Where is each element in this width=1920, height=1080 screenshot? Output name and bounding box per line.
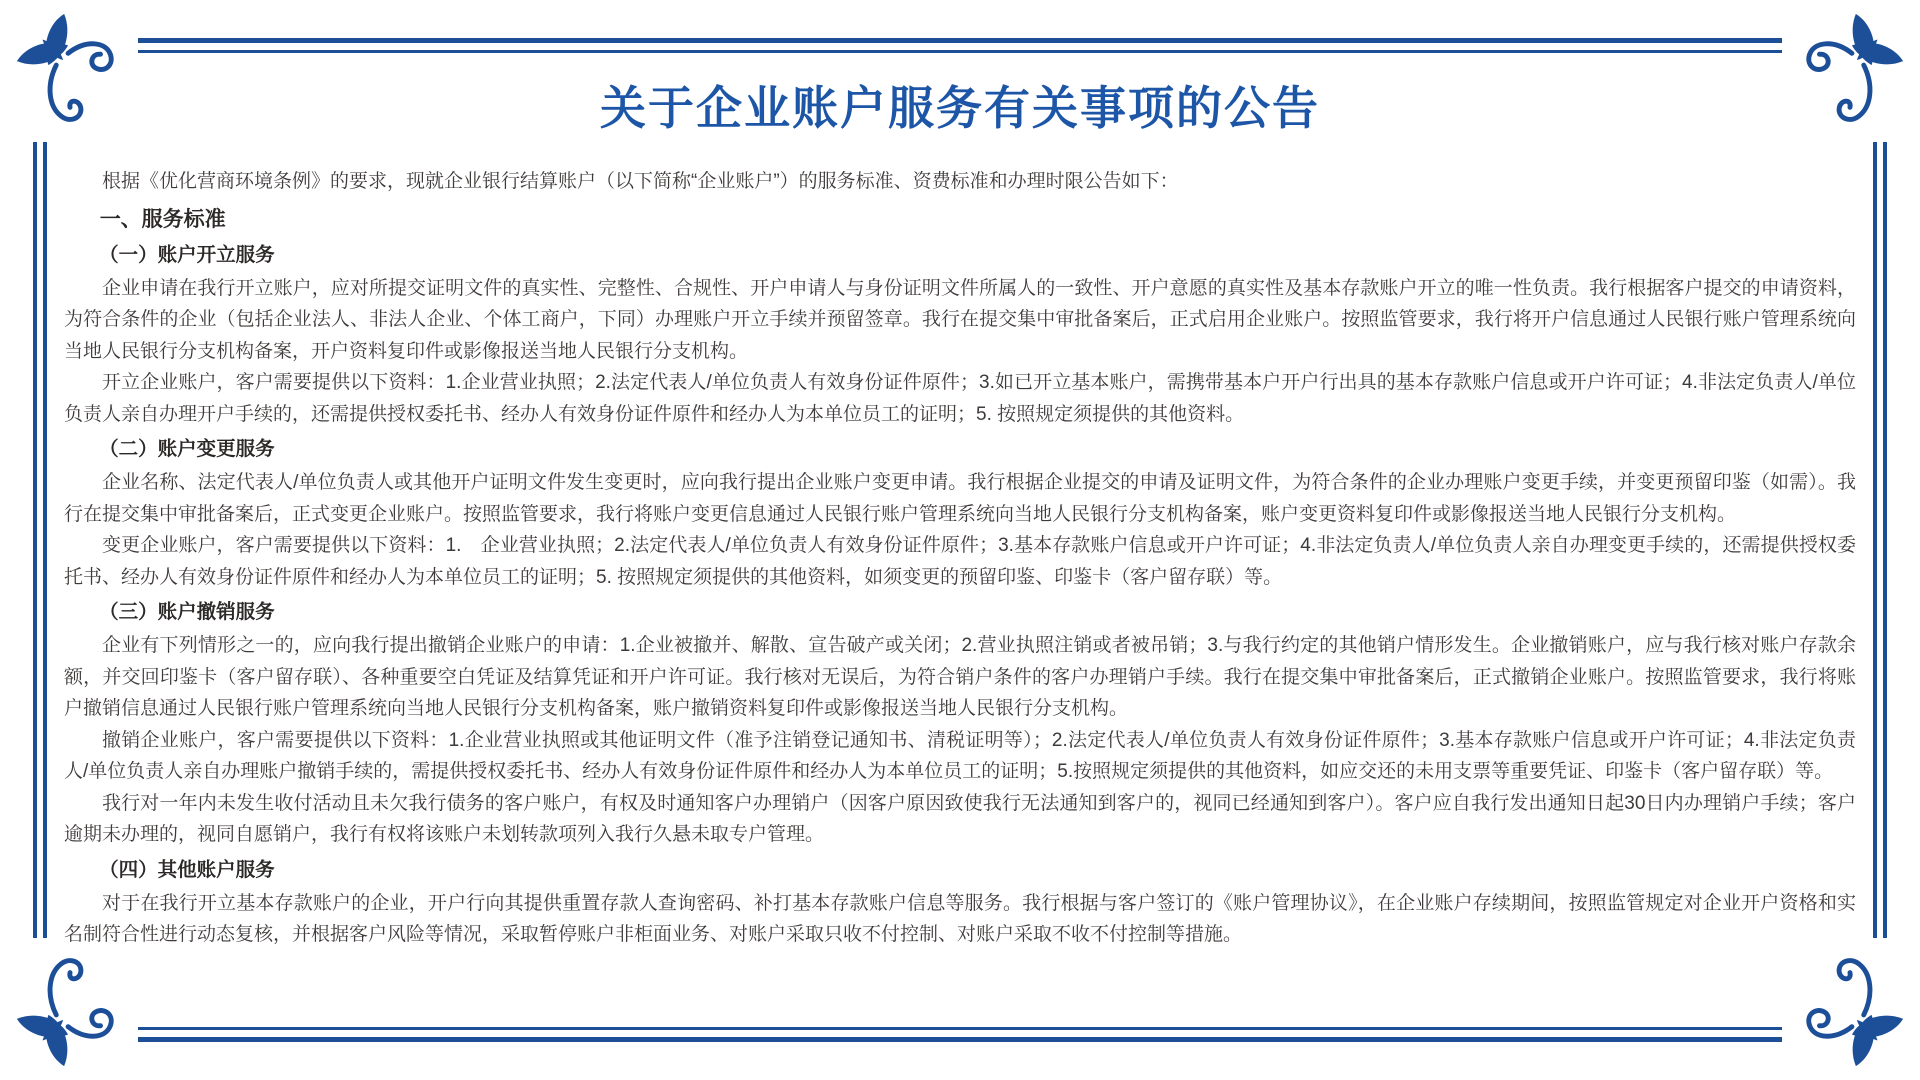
border-right-outer-line bbox=[1883, 142, 1887, 938]
border-top-inner-line bbox=[138, 50, 1782, 53]
paragraph-account-cancellation-materials: 撤销企业账户，客户需要提供以下资料：1.企业营业执照或其他证明文件（准予注销登记… bbox=[64, 725, 1856, 788]
paragraph-other-services: 对于在我行开立基本存款账户的企业，开户行向其提供重置存款人查询密码、补打基本存款… bbox=[64, 888, 1856, 951]
paragraph-account-change-1: 企业名称、法定代表人/单位负责人或其他开户证明文件发生变更时，应向我行提出企业账… bbox=[64, 467, 1856, 530]
subsection-heading-account-cancellation: （三）账户撤销服务 bbox=[64, 596, 1856, 628]
subsection-heading-other-services: （四）其他账户服务 bbox=[64, 854, 1856, 886]
subsection-heading-account-opening: （一）账户开立服务 bbox=[64, 239, 1856, 271]
document-content: 关于企业账户服务有关事项的公告 根据《优化营商环境条例》的要求，现就企业银行结算… bbox=[64, 54, 1856, 951]
subsection-heading-account-change: （二）账户变更服务 bbox=[64, 433, 1856, 465]
border-top-outer-line bbox=[138, 38, 1782, 43]
corner-flourish-icon bbox=[1789, 950, 1907, 1072]
paragraph-account-opening-1: 企业申请在我行开立账户，应对所提交证明文件的真实性、完整性、合规性、开户申请人与… bbox=[64, 273, 1856, 368]
border-right-inner-line bbox=[1873, 142, 1877, 938]
paragraph-account-change-materials: 变更企业账户，客户需要提供以下资料：1. 企业营业执照；2.法定代表人/单位负责… bbox=[64, 530, 1856, 593]
corner-flourish-icon bbox=[13, 950, 131, 1072]
border-bottom-outer-line bbox=[138, 1037, 1782, 1042]
paragraph-account-opening-materials: 开立企业账户，客户需要提供以下资料：1.企业营业执照；2.法定代表人/单位负责人… bbox=[64, 367, 1856, 430]
intro-paragraph: 根据《优化营商环境条例》的要求，现就企业银行结算账户（以下简称“企业账户”）的服… bbox=[64, 166, 1856, 198]
paragraph-account-cancellation-1: 企业有下列情形之一的，应向我行提出撤销企业账户的申请：1.企业被撤并、解散、宣告… bbox=[64, 630, 1856, 725]
border-left-inner-line bbox=[43, 142, 47, 938]
announcement-page: 关于企业账户服务有关事项的公告 根据《优化营商环境条例》的要求，现就企业银行结算… bbox=[0, 0, 1920, 1080]
border-left-outer-line bbox=[33, 142, 37, 938]
paragraph-dormant-account-notice: 我行对一年内未发生收付活动且未欠我行债务的客户账户，有权及时通知客户办理销户（因… bbox=[64, 788, 1856, 851]
border-bottom-inner-line bbox=[138, 1027, 1782, 1030]
page-title: 关于企业账户服务有关事项的公告 bbox=[64, 72, 1856, 138]
section-heading-service-standards: 一、服务标准 bbox=[64, 203, 1856, 236]
